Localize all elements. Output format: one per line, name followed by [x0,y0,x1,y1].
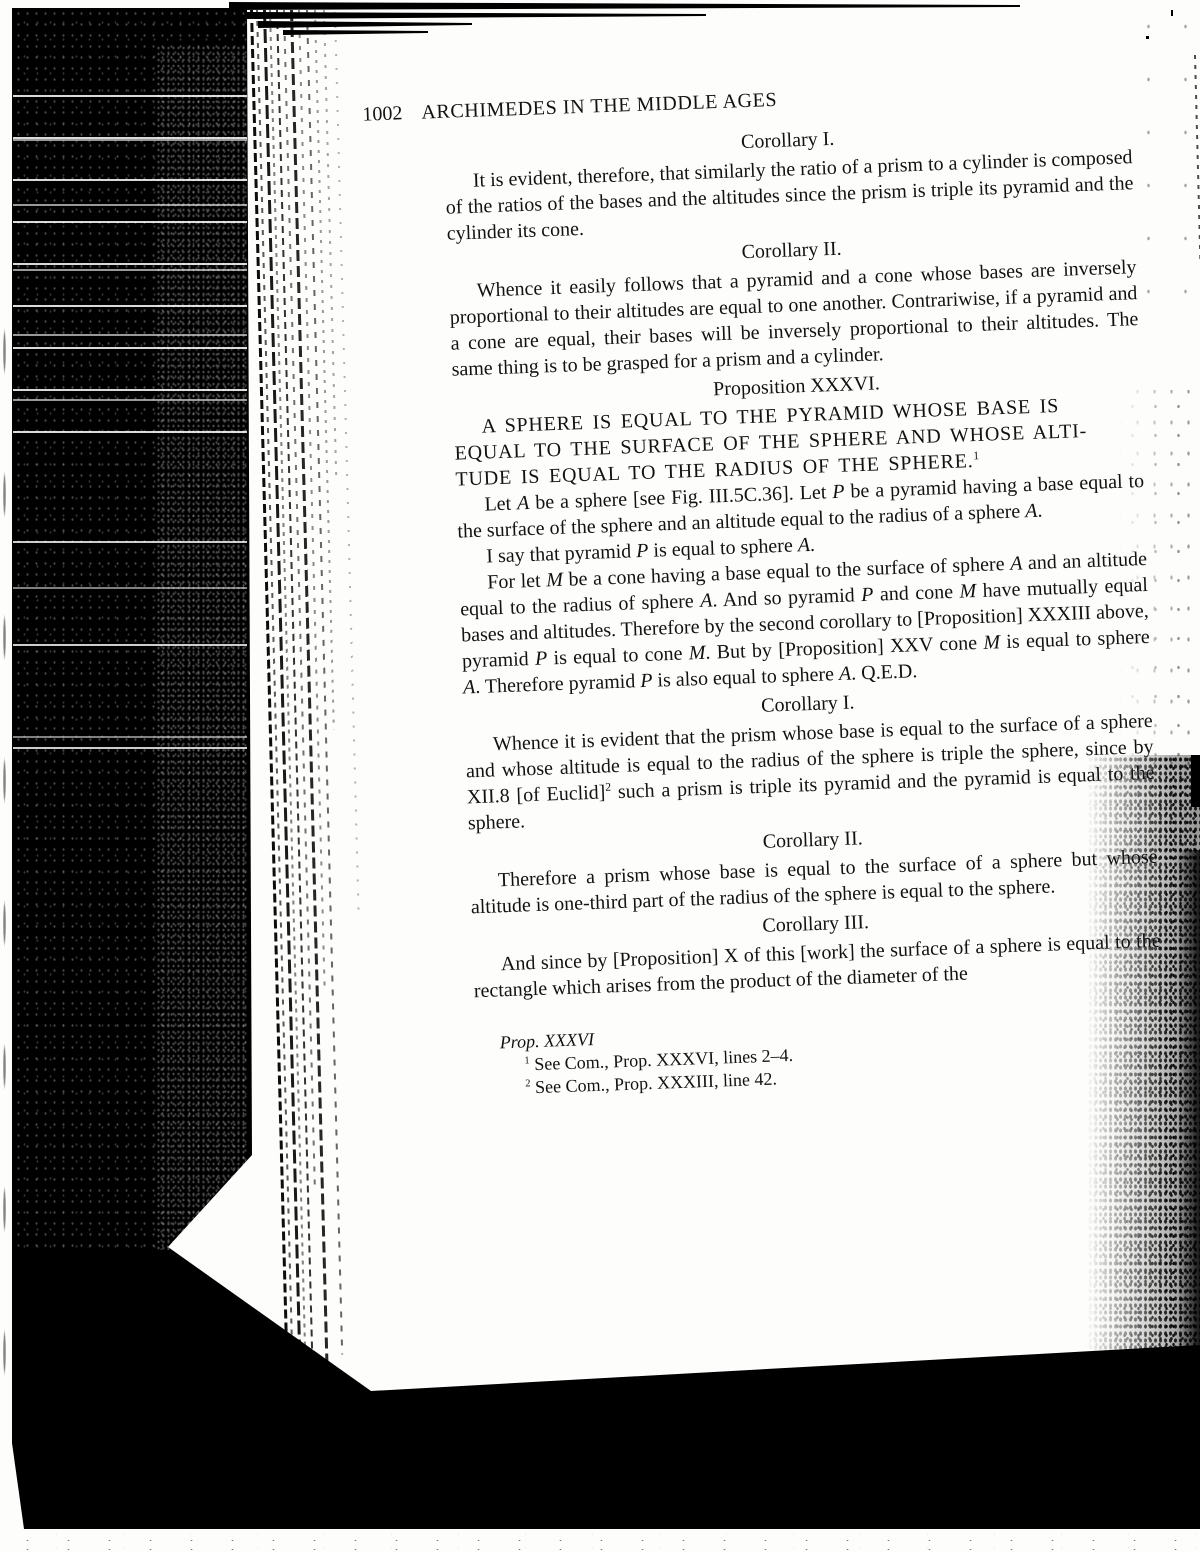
gutter-white-streaks [13,440,247,770]
right-edge-noise [1176,850,1200,1350]
text-column: Corollary I. It is evident, therefore, t… [443,115,1165,1101]
left-margin-specks [0,280,12,1430]
bottom-margin-specks [0,1533,1200,1550]
page-number: 1002 [362,100,403,127]
paragraph-proof: For let M be a cone having a base equal … [459,546,1151,701]
paragraph-corollary-1b: Whence it is evident that the prism whos… [465,708,1156,837]
paragraph-corollary-2: Whence it easily follows that a pyramid … [448,254,1139,383]
page-top-edge-line [258,21,472,28]
page-top-edge-line [283,30,428,35]
scanned-book-page: { "colors": { "paper": "#fdfdfc", "ink":… [0,0,1200,1552]
page-text-block: 1002 ARCHIMEDES IN THE MIDDLE AGES Corol… [354,74,1175,1104]
page-top-edge-line [229,2,1020,10]
gutter-white-streaks [13,55,247,440]
page-top-edge-line [245,12,706,19]
